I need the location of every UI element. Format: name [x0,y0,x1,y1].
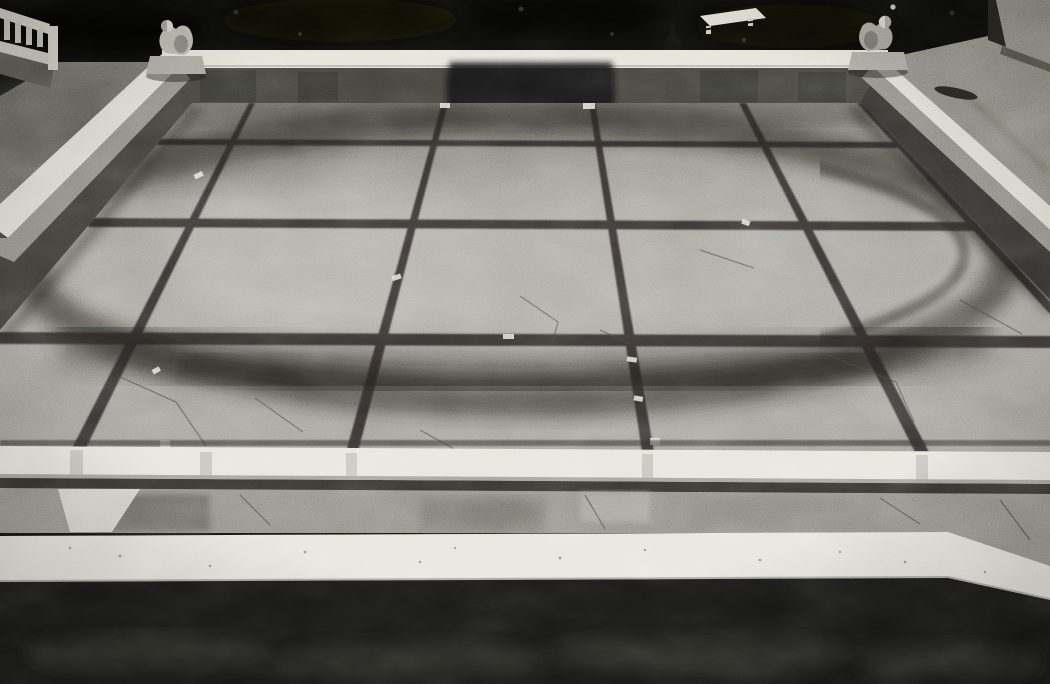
grain-overlay [0,0,1050,684]
photograph-empty-pool [0,0,1050,684]
